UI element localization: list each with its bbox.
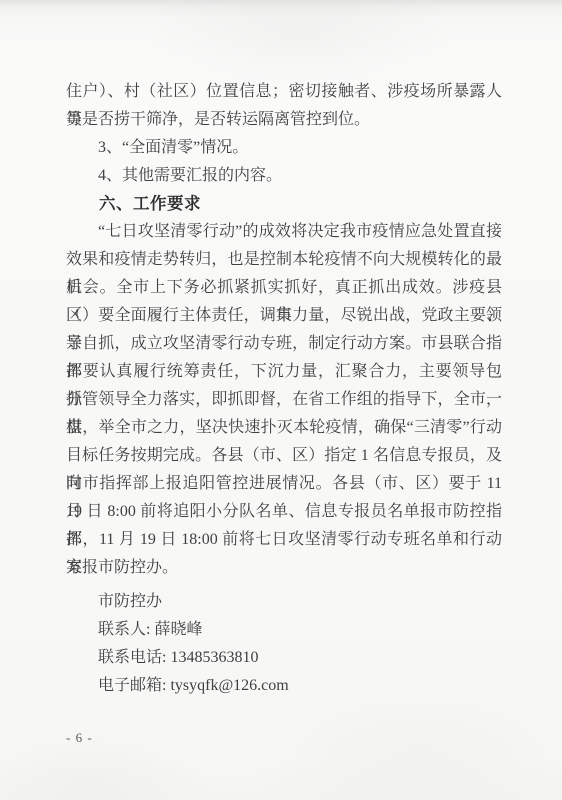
text-line: 向市指挥部上报追阳管控进展情况。各县（市、区）要于 11 月 bbox=[66, 470, 502, 498]
document-body: 住户）、村（社区）位置信息；密切接触者、涉疫场所暴露人员 等是否捞干筛净，是否转… bbox=[66, 78, 502, 700]
text-line: 等是否捞干筛净，是否转运隔离管控到位。 bbox=[66, 106, 502, 134]
text-line: 棋，举全市之力，坚决快速扑灭本轮疫情，确保“三清零”行动 bbox=[66, 414, 502, 442]
text-line: “七日攻坚清零行动”的成效将决定我市疫情应急处置直接 bbox=[66, 218, 502, 246]
contact-email: 电子邮箱: tysyqfk@126.com bbox=[66, 672, 502, 700]
text-line: 分管领导全力落实，即抓即督，在省工作组的指导下，全市一盘 bbox=[66, 386, 502, 414]
contact-person: 联系人: 薛晓峰 bbox=[66, 616, 502, 644]
list-item: 3、“全面清零”情况。 bbox=[66, 134, 502, 162]
text-line: 部要认真履行统筹责任，下沉力量，汇聚合力，主要领导包抓， bbox=[66, 358, 502, 386]
list-item: 4、其他需要汇报的内容。 bbox=[66, 162, 502, 190]
text-line: 效果和疫情走势转归，也是控制本轮疫情不向大规模转化的最后 bbox=[66, 246, 502, 274]
contact-phone: 联系电话: 13485363810 bbox=[66, 644, 502, 672]
text-line: 机会。全市上下务必抓紧抓实抓好，真正抓出成效。涉疫县（市、 bbox=[66, 274, 502, 302]
text-line: 亲自抓，成立攻坚清零行动专班，制定行动方案。市县联合指挥 bbox=[66, 330, 502, 358]
text-line: 住户）、村（社区）位置信息；密切接触者、涉疫场所暴露人员 bbox=[66, 78, 502, 106]
text-line: 19 日 8:00 前将追阳小分队名单、信息专报员名单报市防控指挥 bbox=[66, 498, 502, 526]
text-line: 目标任务按期完成。各县（市、区）指定 1 名信息专报员，及时 bbox=[66, 442, 502, 470]
text-line: 区）要全面履行主体责任，调集力量，尽锐出战，党政主要领导 bbox=[66, 302, 502, 330]
document-page: 住户）、村（社区）位置信息；密切接触者、涉疫场所暴露人员 等是否捞干筛净，是否转… bbox=[0, 0, 562, 800]
text-line: 案报市防控办。 bbox=[66, 554, 502, 582]
page-number: - 6 - bbox=[66, 730, 93, 746]
text-line: 部，11 月 19 日 18:00 前将七日攻坚清零行动专班名单和行动方 bbox=[66, 526, 502, 554]
section-heading: 六、工作要求 bbox=[66, 190, 502, 218]
contact-office: 市防控办 bbox=[66, 588, 502, 616]
